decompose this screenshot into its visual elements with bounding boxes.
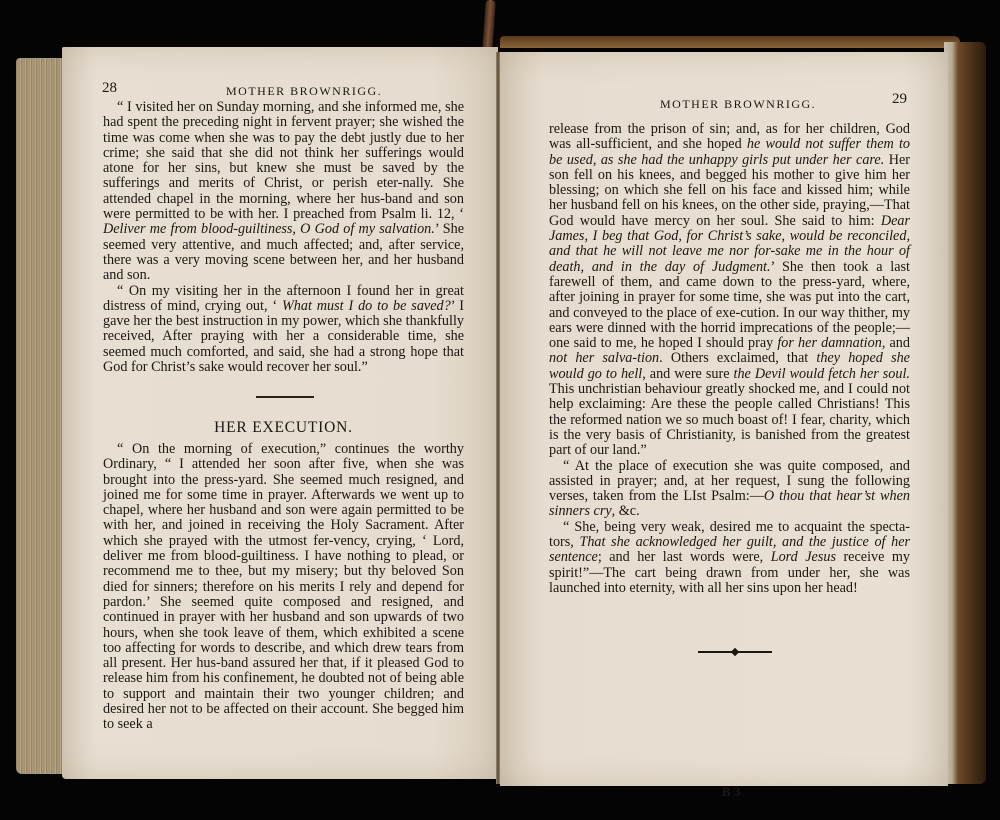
section-title: HER EXECUTION.: [103, 419, 464, 437]
end-ornament: [698, 648, 772, 656]
paragraph: “ I visited her on Sunday morning, and s…: [103, 100, 464, 284]
paragraph: “ At the place of execution she was quit…: [549, 459, 910, 520]
paragraph: “ On my visiting her in the afternoon I …: [103, 284, 464, 376]
running-head: MOTHER BROWNRIGG.: [226, 84, 382, 99]
bookmark-ribbon: [482, 0, 496, 52]
left-text-block-1: “ I visited her on Sunday morning, and s…: [103, 100, 464, 375]
page-number: 29: [892, 91, 907, 108]
paragraph: “ She, being very weak, desired me to ac…: [549, 520, 910, 596]
section-divider: [256, 396, 314, 398]
right-binding-edge: [944, 42, 986, 784]
left-page: 28 MOTHER BROWNRIGG. “ I visited her on …: [62, 47, 498, 779]
left-page-edges: [16, 58, 68, 774]
running-head: MOTHER BROWNRIGG.: [660, 97, 816, 112]
paragraph: release from the prison of sin; and, as …: [549, 122, 910, 459]
paragraph: “ On the morning of execution,” continue…: [103, 442, 464, 733]
right-text-block: release from the prison of sin; and, as …: [549, 122, 910, 596]
signature-mark: B 3: [722, 784, 740, 800]
page-number: 28: [102, 80, 117, 97]
right-page: MOTHER BROWNRIGG. 29 release from the pr…: [500, 52, 948, 786]
left-text-block-2: “ On the morning of execution,” continue…: [103, 442, 464, 733]
open-book: 28 MOTHER BROWNRIGG. “ I visited her on …: [0, 0, 1000, 820]
book-cover-edge: [500, 36, 960, 48]
